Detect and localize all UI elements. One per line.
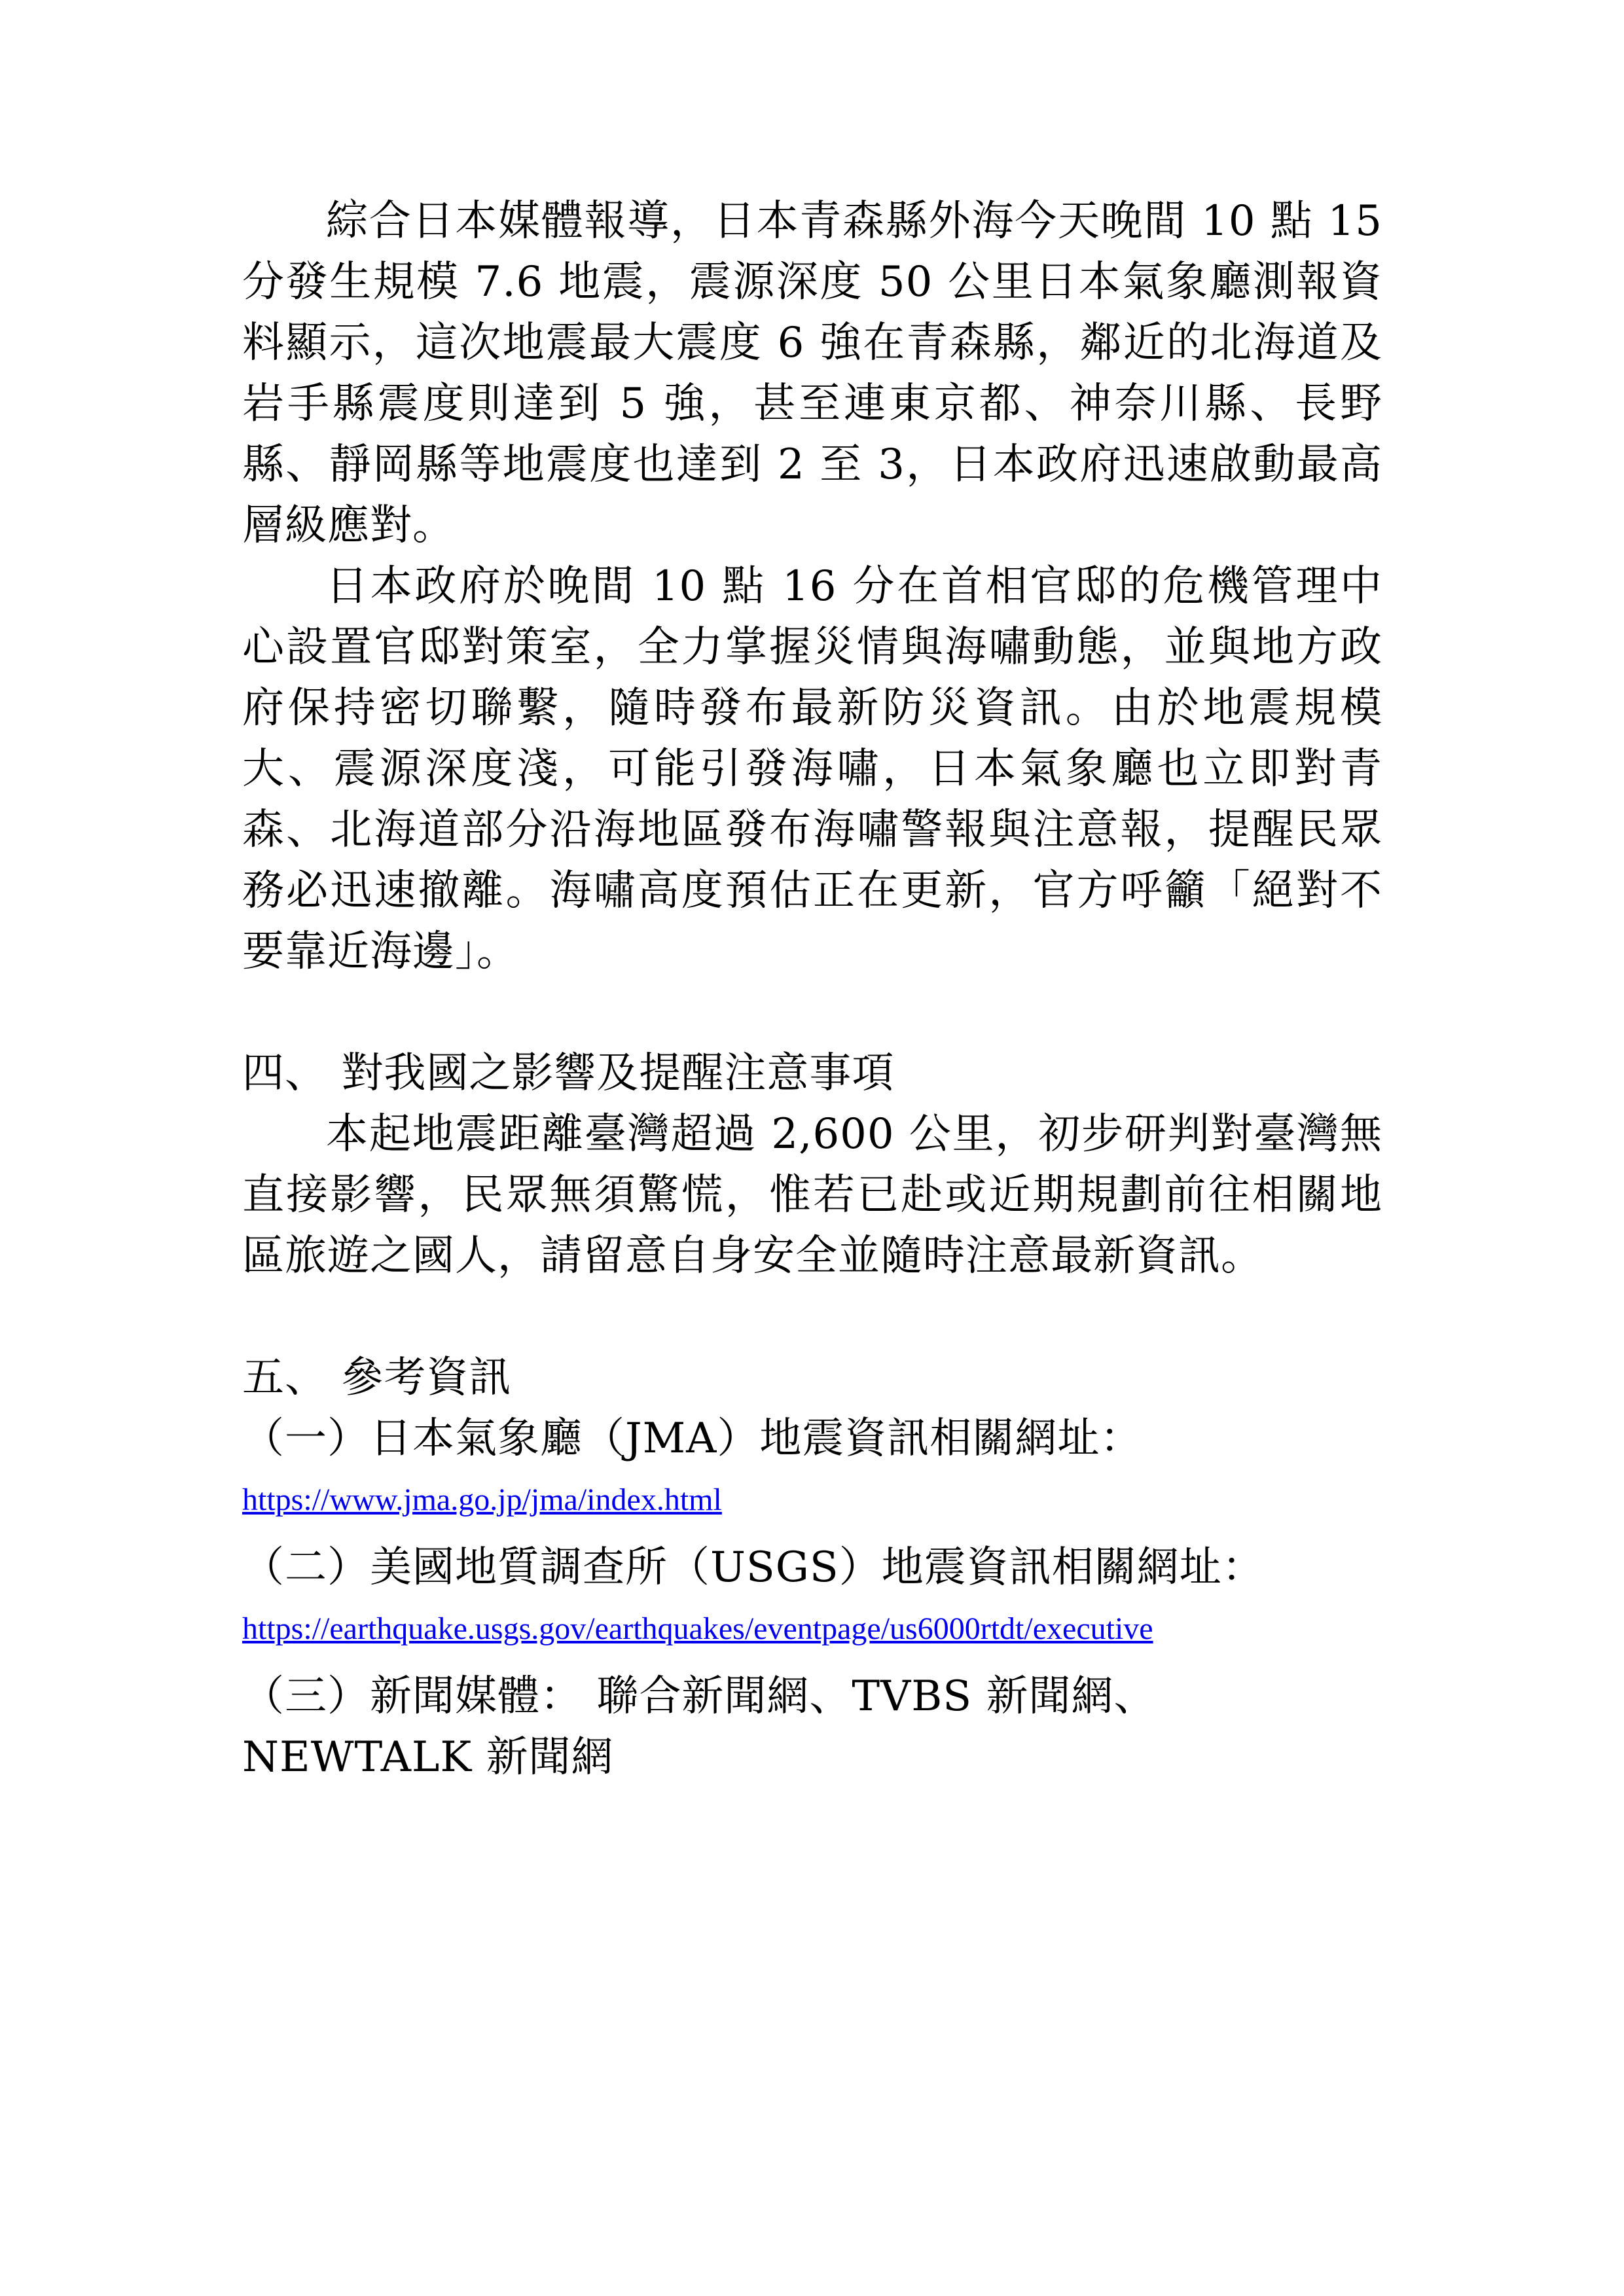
- reference-item-usgs-label: （二）美國地質調查所（USGS）地震資訊相關網址：: [242, 1537, 1382, 1598]
- blank-line: [242, 1287, 1382, 1348]
- reference-jma-url-line: https://www.jma.go.jp/jma/index.html: [242, 1469, 1382, 1537]
- usgs-url-link[interactable]: https://earthquake.usgs.gov/earthquakes/…: [242, 1611, 1153, 1646]
- reference-item-jma-label: （一）日本氣象廳（JMA）地震資訊相關網址：: [242, 1408, 1382, 1469]
- paragraph-media-summary: 綜合日本媒體報導，日本青森縣外海今天晚間 10 點 15 分發生規模 7.6 地…: [242, 191, 1382, 556]
- blank-line: [242, 982, 1382, 1043]
- paragraph-gov-response: 日本政府於晚間 10 點 16 分在首相官邸的危機管理中心設置官邸對策室，全力掌…: [242, 556, 1382, 982]
- section-heading-impact: 四、 對我國之影響及提醒注意事項: [242, 1043, 1382, 1104]
- reference-item-news-media: （三）新聞媒體： 聯合新聞網、TVBS 新聞網、NEWTALK 新聞網: [242, 1666, 1382, 1788]
- jma-url-link[interactable]: https://www.jma.go.jp/jma/index.html: [242, 1482, 722, 1517]
- document-page: 綜合日本媒體報導，日本青森縣外海今天晚間 10 點 15 分發生規模 7.6 地…: [0, 0, 1624, 2296]
- reference-usgs-url-line: https://earthquake.usgs.gov/earthquakes/…: [242, 1598, 1382, 1666]
- document-body: 綜合日本媒體報導，日本青森縣外海今天晚間 10 點 15 分發生規模 7.6 地…: [242, 191, 1382, 1788]
- section-heading-reference: 五、 參考資訊: [242, 1348, 1382, 1408]
- paragraph-impact: 本起地震距離臺灣超過 2,600 公里，初步研判對臺灣無直接影響，民眾無須驚慌，…: [242, 1104, 1382, 1287]
